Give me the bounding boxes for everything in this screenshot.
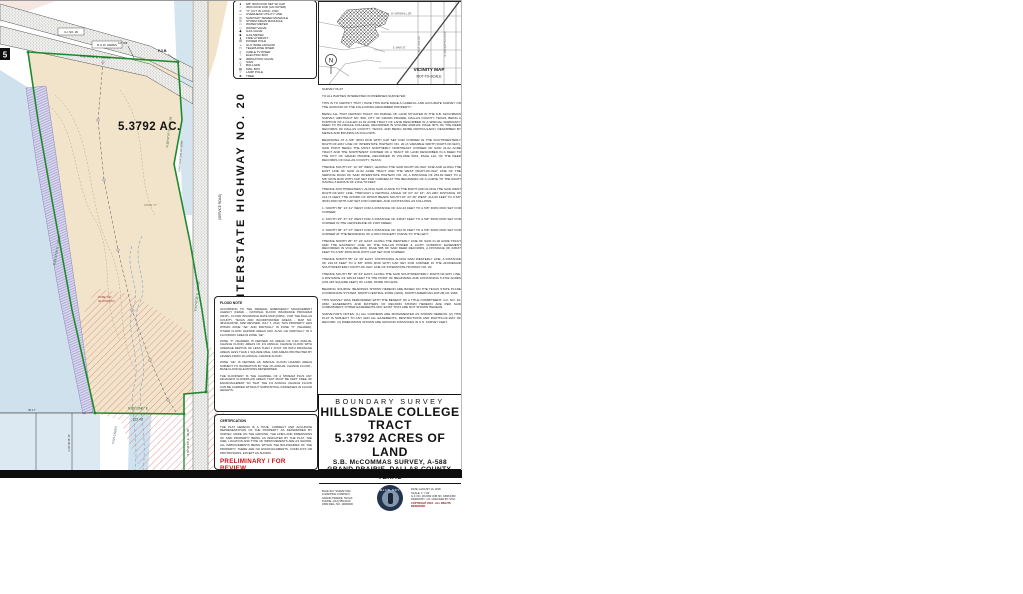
tract-name: HILLSDALE COLLEGE TRACT	[319, 406, 461, 432]
surveyor-figure-icon	[388, 493, 393, 504]
flood-note-paragraph: ZONE "AE" IS DEFINED AS SPECIAL FLOOD HA…	[220, 361, 312, 372]
certification-title: CERTIFICATION	[220, 419, 312, 423]
legend-box: ● 5/8" IRON ROD SET W/ CAP ○ IRON ROD FN…	[233, 0, 317, 79]
zone-ae-label: ZONE "AE"	[98, 295, 112, 299]
legal-paragraph: THENCE NORTH 55° 12' 40" EAST, CONTINUIN…	[322, 258, 461, 270]
vicinity-subtitle: NOT-TO-SCALE	[417, 75, 443, 79]
flood-note-paragraph: THE FLOODWAY IS THE CHANNEL OF A STREAM …	[220, 375, 312, 394]
highway-note-1: I.H. NO. 20	[64, 30, 78, 34]
legal-description: SURVEY PLAT TO ALL PARTIES INTERESTED IN…	[322, 88, 461, 393]
legend-item: ❀ TREE	[237, 75, 313, 78]
pob-label: P.O.B.	[158, 49, 167, 53]
firm-line: FIRM REG. NO. 10000000	[322, 503, 369, 506]
legal-paragraph: 2. SOUTH 25° 37' 24" WEST FOR A DISTANCE…	[322, 218, 461, 226]
highway-shield-number: 5	[3, 51, 8, 60]
legal-paragraph: THIS IS TO CERTIFY THAT I HAVE THIS DATE…	[322, 102, 461, 110]
bearing-right-bottom: S 00°46'19" E - 80.00'	[186, 428, 190, 456]
seal-text: BLUE SKY	[377, 488, 403, 492]
flood-note-box: FLOOD NOTE ACCORDING TO THE FEDERAL EMER…	[214, 296, 318, 412]
bearing-bottom: N 89°13'41" E	[128, 407, 148, 411]
legal-paragraph: 3. NORTH 38° 47' 07" WEST FOR A DISTANCE…	[322, 229, 461, 237]
legal-paragraph: TO ALL PARTIES INTERESTED IN PREMISES SU…	[322, 95, 461, 99]
meta-lines: DATE: AUGUST 10, 2018SCALE: 1" = 60'G.F.…	[411, 488, 458, 501]
service-road-label: (SERVICE ROAD)	[218, 194, 222, 220]
abstract-survey: S.B. McCOMMAS SURVEY, A-588	[319, 459, 461, 467]
acreage-title: 5.3792 ACRES OF LAND	[319, 432, 461, 458]
legal-paragraph: THIS SURVEY WAS PERFORMED WITH THE BENEF…	[322, 299, 461, 311]
flood-note-paragraph: ZONE "X" (SHADED) IS DEFINED AS AREAS OF…	[220, 340, 312, 359]
legal-paragraph: BEARING SOURCE: BEARINGS SHOWN HEREON AR…	[322, 288, 461, 296]
legend-item-label: TREE	[246, 75, 254, 78]
interstate-highway-label: INTERSTATE HIGHWAY NO. 20	[235, 93, 247, 307]
title-block: BOUNDARY SURVEY HILLSDALE COLLEGE TRACT …	[318, 394, 462, 470]
north-arrow: N	[326, 55, 337, 75]
svg-text:W. MARSHALL DR: W. MARSHALL DR	[391, 13, 412, 16]
sheet-top-edge	[0, 0, 462, 1]
irf-label: 1/2" IRF	[118, 41, 128, 45]
legal-paragraph: THENCE SOUTHWESTERLY, ALONG SAID CURVE T…	[322, 188, 461, 204]
sheet-right-edge	[461, 0, 462, 478]
survey-sheet: 5 I.H. NO. 20 R.O.W. VARIES 5.3792 AC. I…	[0, 0, 463, 479]
vicinity-map-box: N N. BELT LINE RD N. MACARTHUR BLVD E. M…	[318, 1, 462, 85]
creek-label: FISH CREEK	[111, 426, 118, 444]
service-road-band	[193, 0, 208, 470]
north-label: N	[329, 59, 333, 65]
preliminary-stamp: PRELIMINARY / FOR REVIEW	[220, 458, 312, 470]
vicinity-lake	[337, 8, 389, 48]
sheet-bottom-border	[0, 470, 462, 478]
legend-list: ● 5/8" IRON ROD SET W/ CAP ○ IRON ROD FN…	[237, 3, 313, 78]
legal-paragraph: BEING ALL THAT CERTAIN TRACT OR PARCEL O…	[322, 113, 461, 137]
svg-text:N. MACARTHUR BLVD: N. MACARTHUR BLVD	[444, 31, 447, 56]
legal-paragraph: BEGINNING AT A 5/8" IRON ROD WITH CAP SE…	[322, 139, 461, 163]
svg-text:N. BELT LINE RD: N. BELT LINE RD	[418, 36, 421, 55]
legal-paragraph: THENCE NORTH 25° 37' 24" EAST, ALONG THE…	[322, 240, 461, 256]
adjoiner-bearing: N 00°40'16" W	[67, 434, 71, 451]
highway-note-2: R.O.W. VARIES	[97, 43, 117, 47]
flood-note-title: FLOOD NOTE	[220, 301, 312, 305]
highway-shield: 5	[0, 48, 10, 60]
legal-paragraph: SURVEYOR'S NOTES: (1) ALL CORNERS ARE MO…	[322, 313, 461, 325]
zone-x-label: ZONE "X"	[144, 203, 157, 207]
distance-bottom: 222.43'	[133, 418, 144, 422]
certification-body: THE PLAT HEREON IS A TRUE, CORRECT AND A…	[220, 426, 312, 456]
vicinity-map: N N. BELT LINE RD N. MACARTHUR BLVD E. M…	[319, 2, 461, 84]
copyright-line: COPYRIGHT 2018 - ALL RIGHTS RESERVED	[411, 502, 458, 509]
legal-paragraph: 1. NORTH 89° 13' 41" WEST FOR A DISTANCE…	[322, 207, 461, 215]
flood-note-paragraph: ACCORDING TO THE FEDERAL EMERGENCY MANAG…	[220, 308, 312, 338]
certification-paragraph: THE PLAT HEREON IS A TRUE, CORRECT AND A…	[220, 426, 312, 456]
surveyor-seal-icon: BLUE SKY	[377, 485, 403, 511]
legal-paragraph: THENCE SOUTH 55° 46' 33" EAST, ALONG THE…	[322, 273, 461, 285]
svg-text:E. MAIN ST: E. MAIN ST	[393, 47, 406, 50]
legend-symbol-icon: ❀	[237, 75, 244, 78]
drawing-meta: DATE: AUGUST 10, 2018SCALE: 1" = 60'G.F.…	[411, 488, 458, 508]
certification-box: CERTIFICATION THE PLAT HEREON IS A TRUE,…	[214, 414, 318, 470]
firm-info: BLUE SKY SURVEYING& MAPPING COMPANYGRAND…	[322, 490, 369, 507]
tick-distance: 35.17'	[28, 408, 36, 412]
vicinity-title: VICINITY MAP	[414, 67, 445, 72]
floodway-label: (FLOODWAY)	[98, 299, 115, 303]
legal-paragraph: SURVEY PLAT	[322, 88, 461, 92]
legal-paragraph: THENCE SOUTH 01° 12' 28" WEST, LEAVING T…	[322, 166, 461, 186]
flood-note-body: ACCORDING TO THE FEDERAL EMERGENCY MANAG…	[220, 308, 312, 394]
